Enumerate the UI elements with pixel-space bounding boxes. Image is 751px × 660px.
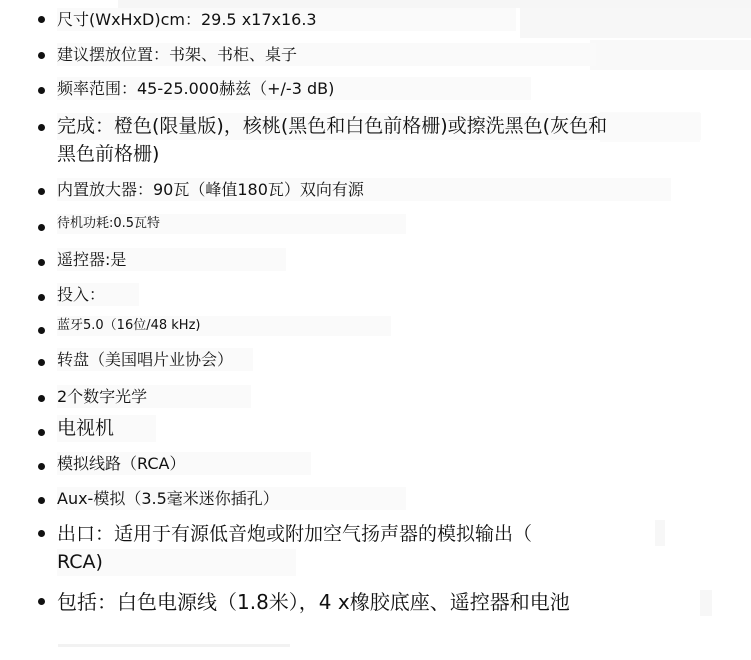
spec-placement: 建议摆放位置：书架、书柜、桌子: [57, 43, 596, 66]
bullet-icon: [38, 598, 45, 605]
bullet-icon: [38, 294, 45, 301]
bullet-icon: [38, 224, 45, 231]
bullet-icon: [38, 530, 45, 537]
bullet-icon: [38, 463, 45, 470]
spec-output-line2: RCA): [57, 549, 296, 576]
spec-remote: 遥控器:是: [57, 248, 286, 271]
spec-output-line1: 出口：适用于有源低音炮或附加空气扬声器的模拟输出（: [57, 521, 536, 548]
background-shade: [590, 40, 751, 70]
background-shade: [700, 590, 712, 616]
spec-finish-line2: 黑色前格栅): [57, 141, 163, 168]
spec-turntable: 转盘（美国唱片业协会）: [57, 348, 253, 371]
bullet-icon: [38, 359, 45, 366]
spec-finish-line1: 完成：橙色(限量版)，核桃(黑色和白色前格栅)或擦洗黑色(灰色和: [57, 113, 701, 140]
bullet-icon: [38, 16, 45, 23]
spec-bluetooth: 蓝牙5.0（16位/48 kHz): [57, 316, 391, 336]
spec-dimensions: 尺寸(WxHxD)cm：29.5 x17x16.3: [57, 8, 516, 31]
spec-aux: Aux-模拟（3.5毫米迷你插孔）: [57, 487, 406, 510]
background-shade: [58, 644, 290, 647]
spec-inputs-heading: 投入：: [57, 283, 139, 306]
bullet-icon: [38, 259, 45, 266]
spec-tv: 电视机: [57, 415, 156, 442]
bullet-icon: [38, 188, 45, 195]
bullet-icon: [38, 497, 45, 504]
bullet-icon: [38, 395, 45, 402]
spec-included: 包括：白色电源线（1.8米），4 x橡胶底座、遥控器和电池: [57, 588, 574, 616]
bullet-icon: [38, 429, 45, 436]
spec-amplifier: 内置放大器：90瓦（峰值180瓦）双向有源: [57, 178, 671, 201]
bullet-icon: [38, 52, 45, 59]
spec-standby-power: 待机功耗:0.5瓦特: [57, 214, 406, 234]
background-shade: [118, 0, 751, 8]
background-shade: [520, 8, 751, 38]
bullet-icon: [38, 327, 45, 334]
background-shade: [655, 520, 665, 546]
bullet-icon: [38, 124, 45, 131]
bullet-icon: [38, 87, 45, 94]
spec-analog-line: 模拟线路（RCA）: [57, 452, 311, 475]
spec-frequency: 频率范围：45-25.000赫兹（+/-3 dB): [57, 77, 531, 100]
spec-optical: 2个数字光学: [57, 385, 251, 408]
